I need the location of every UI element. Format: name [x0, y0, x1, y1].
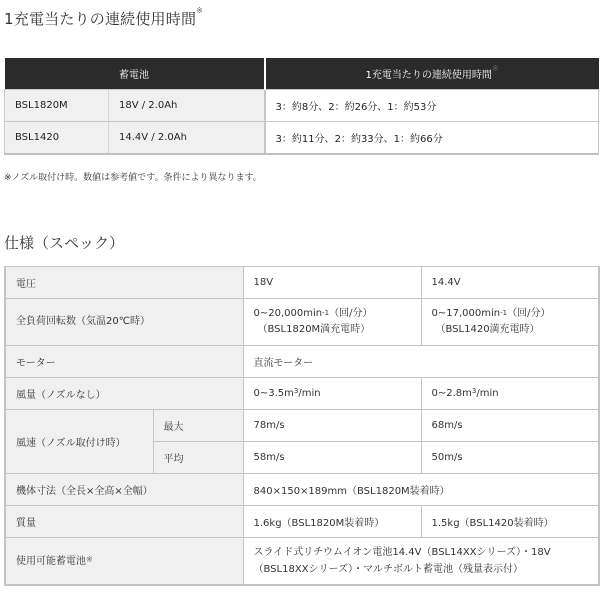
spec-row-dimensions: 機体寸法（全長×全高×全幅） 840×150×189mm（BSL1820M装着時…: [5, 474, 599, 506]
battery-spec: 14.4V / 2.0Ah: [109, 122, 265, 155]
battery-model: BSL1420: [5, 122, 109, 155]
spec-label: 電圧: [5, 267, 243, 299]
spec-label: 風量（ノズルなし）: [5, 378, 243, 410]
battery-runtime-table: 蓄電池 1充電当たりの連続使用時間※ BSL1820M 18V / 2.0Ah …: [4, 58, 599, 155]
spec-value: 直流モーター: [243, 346, 599, 378]
rpm-condition: （BSL1420満充電時）: [432, 322, 589, 338]
header-runtime-label: 1充電当たりの連続使用時間: [365, 70, 491, 81]
spec-row-airflow: 風量（ノズルなし） 0~3.5m3/min 0~2.8m3/min: [5, 378, 599, 410]
spec-row-motor: モーター 直流モーター: [5, 346, 599, 378]
spec-value-18v: 1.6kg（BSL1820M装着時）: [243, 506, 421, 538]
spec-value: 840×150×189mm（BSL1820M装着時）: [243, 474, 599, 506]
table-row: BSL1820M 18V / 2.0Ah 3：約8分、2：約26分、1：約53分: [5, 90, 599, 122]
spec-label-text: 使用可能蓄電池: [16, 556, 86, 567]
spec-value-14v: 68m/s: [421, 410, 599, 442]
footnote-mark: ※: [492, 64, 499, 73]
rpm-unit: （回/分）: [507, 308, 550, 319]
spec-label: 使用可能蓄電池※: [5, 538, 243, 586]
table-header-row: 蓄電池 1充電当たりの連続使用時間※: [5, 58, 599, 90]
spec-value-14v: 0~17,000min-1（回/分） （BSL1420満充電時）: [421, 299, 599, 346]
spec-sublabel: 平均: [153, 442, 243, 474]
battery-spec: 18V / 2.0Ah: [109, 90, 265, 122]
spec-value-18v: 78m/s: [243, 410, 421, 442]
battery-model: BSL1820M: [5, 90, 109, 122]
airflow-unit: /min: [476, 388, 498, 399]
spec-table: 電圧 18V 14.4V 全負荷回転数（気温20℃時） 0~20,000min-…: [4, 266, 600, 586]
spec-value-18v: 0~20,000min-1（回/分） （BSL1820M満充電時）: [243, 299, 421, 346]
spec-value-14v: 1.5kg（BSL1420装着時）: [421, 506, 599, 538]
spec-section-title: 仕様（スペック）: [4, 232, 124, 253]
battery-runtime: 3：約8分、2：約26分、1：約53分: [265, 90, 599, 122]
header-battery: 蓄電池: [5, 58, 265, 90]
rpm-unit: （回/分）: [329, 308, 372, 319]
spec-label: 風速（ノズル取付け時）: [5, 410, 153, 474]
header-runtime: 1充電当たりの連続使用時間※: [265, 58, 599, 90]
runtime-footnote: ※ノズル取付け時。数値は参考値です。条件により異なります。: [4, 170, 262, 183]
airflow-unit: /min: [298, 388, 320, 399]
superscript: 3: [472, 387, 476, 395]
spec-value-14v: 0~2.8m3/min: [421, 378, 599, 410]
table-row: BSL1420 14.4V / 2.0Ah 3：約11分、2：約33分、1：約6…: [5, 122, 599, 155]
spec-row-mass: 質量 1.6kg（BSL1820M装着時） 1.5kg（BSL1420装着時）: [5, 506, 599, 538]
spec-value-18v: 58m/s: [243, 442, 421, 474]
runtime-section-title: 1充電当たりの連続使用時間※: [4, 8, 203, 29]
spec-row-voltage: 電圧 18V 14.4V: [5, 267, 599, 299]
spec-sublabel: 最大: [153, 410, 243, 442]
airflow-value: 0~3.5m: [254, 388, 294, 399]
spec-label: 機体寸法（全長×全高×全幅）: [5, 474, 243, 506]
battery-runtime: 3：約11分、2：約33分、1：約66分: [265, 122, 599, 155]
spec-value: スライド式リチウムイオン電池14.4V（BSL14XXシリーズ）・18V（BSL…: [243, 538, 599, 586]
superscript: -1: [500, 309, 507, 317]
rpm-value: 0~20,000min: [254, 308, 323, 319]
spec-value-14v: 50m/s: [421, 442, 599, 474]
spec-label: 全負荷回転数（気温20℃時）: [5, 299, 243, 346]
spec-row-battery: 使用可能蓄電池※ スライド式リチウムイオン電池14.4V（BSL14XXシリーズ…: [5, 538, 599, 586]
airflow-value: 0~2.8m: [432, 388, 472, 399]
spec-label: モーター: [5, 346, 243, 378]
spec-label: 質量: [5, 506, 243, 538]
spec-row-rpm: 全負荷回転数（気温20℃時） 0~20,000min-1（回/分） （BSL18…: [5, 299, 599, 346]
runtime-title-text: 1充電当たりの連続使用時間: [4, 10, 196, 28]
footnote-mark: ※: [196, 6, 203, 15]
spec-row-airspeed-max: 風速（ノズル取付け時） 最大 78m/s 68m/s: [5, 410, 599, 442]
footnote-mark: ※: [86, 555, 93, 564]
header-battery-label: 蓄電池: [119, 70, 149, 81]
spec-value-18v: 18V: [243, 267, 421, 299]
rpm-condition: （BSL1820M満充電時）: [254, 322, 411, 338]
superscript: -1: [322, 309, 329, 317]
spec-value-14v: 14.4V: [421, 267, 599, 299]
spec-value-18v: 0~3.5m3/min: [243, 378, 421, 410]
rpm-value: 0~17,000min: [432, 308, 501, 319]
superscript: 3: [294, 387, 298, 395]
